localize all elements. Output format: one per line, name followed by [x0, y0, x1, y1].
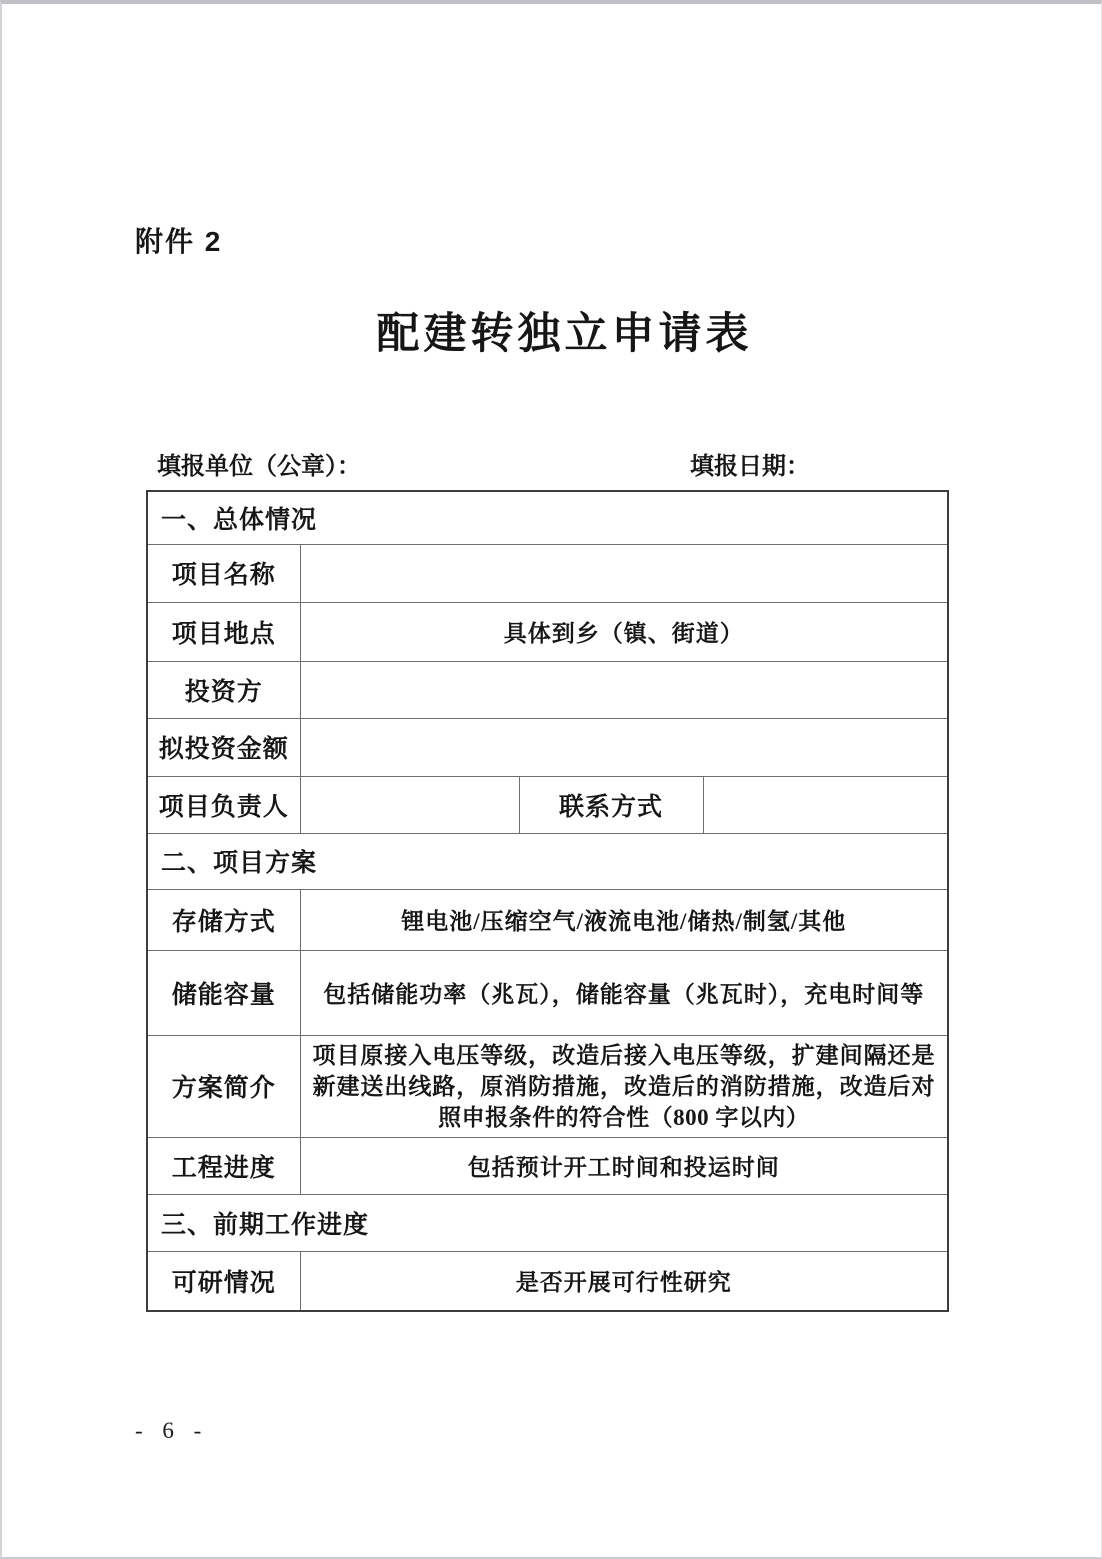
table-row: 项目负责人 联系方式 — [147, 776, 948, 833]
field-label-storage-capacity: 储能容量 — [147, 950, 300, 1035]
table-row: 可研情况 是否开展可行性研究 — [147, 1251, 948, 1311]
field-value-construction-progress: 包括预计开工时间和投运时间 — [300, 1137, 948, 1194]
table-row: 二、项目方案 — [147, 833, 948, 889]
page-title: 配建转独立申请表 — [2, 300, 1101, 361]
field-value-investment-amount — [300, 718, 948, 776]
page-number: - 6 - — [135, 1418, 208, 1444]
table-row: 工程进度 包括预计开工时间和投运时间 — [147, 1137, 948, 1194]
attachment-label: 附件 2 — [135, 220, 222, 260]
table-row: 项目名称 — [147, 544, 948, 602]
field-value-contact — [703, 776, 948, 833]
table-row: 存储方式 锂电池/压缩空气/液流电池/储热/制氢/其他 — [147, 889, 948, 950]
field-label-contact: 联系方式 — [519, 776, 703, 833]
field-label-construction-progress: 工程进度 — [147, 1137, 300, 1194]
table-row: 方案简介 项目原接入电压等级，改造后接入电压等级，扩建间隔还是新建送出线路，原消… — [147, 1035, 948, 1137]
table-row: 三、前期工作进度 — [147, 1194, 948, 1251]
field-value-investor — [300, 661, 948, 718]
field-label-project-name: 项目名称 — [147, 544, 300, 602]
field-label-feasibility-study: 可研情况 — [147, 1251, 300, 1311]
fill-unit-label: 填报单位（公章）： — [157, 446, 361, 481]
field-value-project-location: 具体到乡（镇、街道） — [300, 602, 948, 661]
table-row: 项目地点 具体到乡（镇、街道） — [147, 602, 948, 661]
table-row: 储能容量 包括储能功率（兆瓦），储能容量（兆瓦时），充电时间等 — [147, 950, 948, 1035]
field-value-storage-method: 锂电池/压缩空气/液流电池/储热/制氢/其他 — [300, 889, 948, 950]
field-value-storage-capacity: 包括储能功率（兆瓦），储能容量（兆瓦时），充电时间等 — [300, 950, 948, 1035]
application-form-table: 一、总体情况 项目名称 项目地点 具体到乡（镇、街道） 投资方 拟投资金额 项目… — [146, 490, 949, 1312]
table-row: 一、总体情况 — [147, 491, 948, 544]
field-label-project-leader: 项目负责人 — [147, 776, 300, 833]
field-label-investor: 投资方 — [147, 661, 300, 718]
table-row: 投资方 — [147, 661, 948, 718]
section-heading-overall: 一、总体情况 — [147, 491, 948, 544]
field-value-feasibility-study: 是否开展可行性研究 — [300, 1251, 948, 1311]
fill-date-label: 填报日期： — [690, 446, 810, 481]
field-label-project-location: 项目地点 — [147, 602, 300, 661]
field-value-project-leader — [300, 776, 519, 833]
field-label-plan-intro: 方案简介 — [147, 1035, 300, 1137]
fill-info-row: 填报单位（公章）： 填报日期： — [2, 446, 1101, 478]
section-heading-project-plan: 二、项目方案 — [147, 833, 948, 889]
table-row: 拟投资金额 — [147, 718, 948, 776]
section-heading-preliminary-work: 三、前期工作进度 — [147, 1194, 948, 1251]
field-value-project-name — [300, 544, 948, 602]
field-label-investment-amount: 拟投资金额 — [147, 718, 300, 776]
document-page: 附件 2 配建转独立申请表 填报单位（公章）： 填报日期： 一、总体情况 项目名… — [0, 0, 1102, 1559]
field-label-storage-method: 存储方式 — [147, 889, 300, 950]
field-value-plan-intro: 项目原接入电压等级，改造后接入电压等级，扩建间隔还是新建送出线路，原消防措施，改… — [300, 1035, 948, 1137]
